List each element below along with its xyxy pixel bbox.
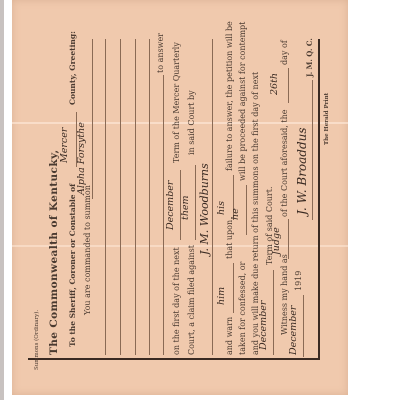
defendant-name-handwritten: Alpha Forsythe [76,122,87,195]
failure-label: failure to answer, the petition will be [225,21,234,171]
warn-prefix: and warn [225,317,234,355]
county-handwritten: Mercer [59,128,70,163]
plaintiff-handwritten: J. M. Woodburns [198,163,211,255]
county-greeting: County, Greeting: [68,31,77,105]
that-upon-label: that upon [225,220,234,259]
contempt-label: will be proceeded against for contempt [238,22,247,181]
left-border-line [28,359,318,361]
he-blank [246,185,247,235]
date-month-blank [303,295,304,357]
title-handwritten: Judge [271,227,282,255]
confessed-prefix: taken for confessed, or [238,262,247,355]
in-said-court-label: in said Court by [187,90,196,155]
name-blank [92,39,93,199]
command-line: You are commanded to summon [83,185,92,315]
title-blank [288,219,289,259]
date-month-handwritten: December [288,306,299,355]
first-day-line: on the first day of the next [172,247,181,355]
year-label: 1919 [294,271,303,291]
term-month-blank [273,270,274,355]
term-of-court-label: Term of the Mercer Quarterly [172,42,181,163]
claim-handwritten: them [180,195,191,220]
ruled-line [163,75,164,355]
summons-form: Summons (Ordinary). The Commonwealth of … [12,0,348,395]
court-aforesaid-label: of the Court aforesaid, the [280,110,289,217]
warn-his-handwritten: his [216,201,227,215]
address-line: To the Sheriff, Coroner or Constable of [68,184,77,347]
clerk-signature: J. W. Broaddus [295,127,309,215]
printer-label: The Herald Print [323,93,332,145]
ruled-line [105,39,106,355]
document-title: The Commonwealth of Kentucky, [50,149,59,355]
form-type-label: Summons (Ordinary). [33,310,42,370]
bottom-rule [318,39,320,360]
scan-edge [0,0,4,400]
claim-line: Court, a claim filed against [187,245,196,355]
warn-him-handwritten: him [216,287,227,305]
warn-blank [233,263,234,313]
confessed-he-handwritten: he [230,208,241,220]
plaintiff-blank [212,39,213,355]
month-handwritten: December [165,181,176,230]
to-answer-label: to answer [156,33,165,73]
ruled-line [135,39,136,355]
signature-blank [312,80,313,220]
term-month-handwritten: December [258,301,269,350]
day-handwritten: 26th [269,73,280,95]
day-of-label: day of [280,40,289,65]
ruled-line [120,39,121,355]
day-blank [288,68,289,103]
ruled-line [149,39,150,355]
clerk-title: J. M. Q. C. [305,38,314,77]
claim-blank [195,165,196,240]
